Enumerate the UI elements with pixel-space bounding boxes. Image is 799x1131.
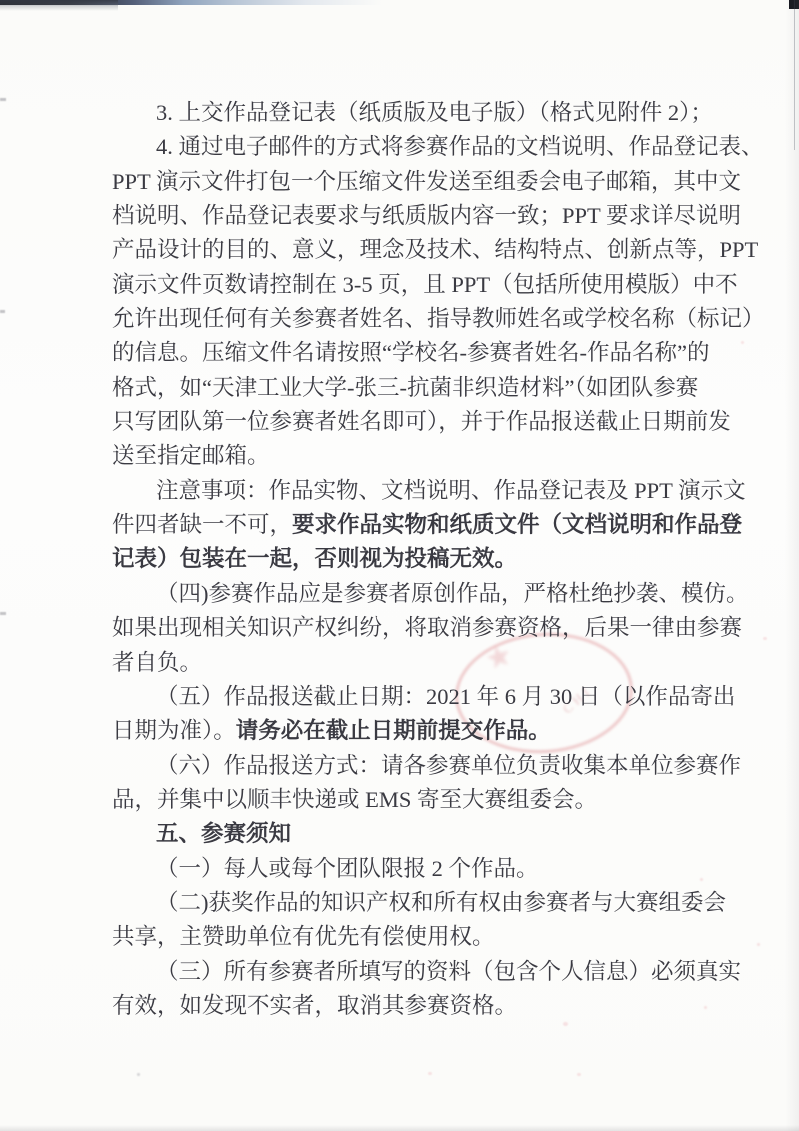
text-segment: 注意事项：作品实物、文档说明、作品登记表及 PPT 演示文 [156, 478, 746, 503]
document-line: 的信息。压缩文件名请按照“学校名-参赛者姓名-作品名称”的 [112, 336, 692, 370]
scan-mark [0, 98, 6, 101]
scanner-edge-artifact-top-left [0, 0, 118, 11]
text-segment: 件四者缺一不可， [112, 512, 292, 537]
document-line: 产品设计的目的、意义，理念及技术、结构特点、创新点等，PPT [112, 233, 692, 267]
document-line: （三）所有参赛者所填写的资料（包含个人信息）必须真实 [112, 955, 692, 989]
text-segment: 3. 上交作品登记表（纸质版及电子版）（格式见附件 2）； [156, 100, 713, 125]
text-segment: 格式，如“天津工业大学-张三-抗菌非织造材料”（如团队参赛 [112, 375, 698, 400]
document-line: 品，并集中以顺丰快递或 EMS 寄至大赛组委会。 [112, 783, 692, 817]
document-line: 注意事项：作品实物、文档说明、作品登记表及 PPT 演示文 [112, 474, 692, 508]
document-line: 记表）包装在一起，否则视为投稿无效。 [112, 542, 692, 576]
document-line: （五）作品报送截止日期：2021 年 6 月 30 日（以作品寄出 [112, 680, 692, 714]
document-line: （四)参赛作品应是参赛者原创作品，严格杜绝抄袭、模仿。 [112, 577, 692, 611]
page-edge-shadow-right [785, 0, 799, 1131]
document-line: 3. 上交作品登记表（纸质版及电子版）（格式见附件 2）； [112, 96, 692, 130]
text-segment: 允许出现任何有关参赛者姓名、指导教师姓名或学校名称（标记） [112, 306, 765, 331]
document-line: （二)获奖作品的知识产权和所有权由参赛者与大赛组委会 [112, 886, 692, 920]
document-line: 只写团队第一位参赛者姓名即可），并于作品报送截止日期前发 [112, 405, 692, 439]
scan-speck [137, 1073, 140, 1076]
scan-mark [0, 310, 5, 313]
document-line: 送至指定邮箱。 [112, 439, 692, 473]
text-segment: 要求作品实物和纸质文件（文档说明和作品登 [292, 512, 742, 537]
text-segment: （四)参赛作品应是参赛者原创作品，严格杜绝抄袭、模仿。 [156, 581, 749, 606]
text-segment: 档说明、作品登记表要求与纸质版内容一致；PPT 要求详尽说明 [112, 203, 741, 228]
text-segment: （二)获奖作品的知识产权和所有权由参赛者与大赛组委会 [156, 890, 726, 915]
text-segment: 产品设计的目的、意义，理念及技术、结构特点、创新点等，PPT [112, 237, 758, 262]
document-line: 共享，主赞助单位有优先有偿使用权。 [112, 920, 692, 954]
text-segment: 记表）包装在一起，否则视为投稿无效。 [112, 546, 517, 571]
page-edge-line-right [794, 0, 795, 150]
text-segment: 请务必在截止日期前提交作品。 [236, 718, 551, 743]
scan-speck [700, 878, 703, 881]
document-line: 4. 通过电子邮件的方式将参赛作品的文档说明、作品登记表、 [112, 130, 692, 164]
text-segment: 者自负。 [112, 650, 202, 675]
text-segment: （一）每人或每个团队限报 2 个作品。 [156, 856, 539, 881]
text-segment: 共享，主赞助单位有优先有偿使用权。 [112, 924, 495, 949]
scan-speck [577, 1073, 581, 1076]
scan-speck [741, 341, 744, 344]
text-segment: 只写团队第一位参赛者姓名即可），并于作品报送截止日期前发 [112, 409, 731, 434]
text-segment: （五）作品报送截止日期：2021 年 6 月 30 日（以作品寄出 [156, 684, 735, 709]
document-line: 演示文件页数请控制在 3-5 页，且 PPT（包括所使用模版）中不 [112, 268, 692, 302]
scan-mark [0, 612, 6, 615]
text-segment: 品，并集中以顺丰快递或 EMS 寄至大赛组委会。 [112, 787, 597, 812]
document-line: PPT 演示文件打包一个压缩文件发送至组委会电子邮箱，其中文 [112, 165, 692, 199]
text-segment: 演示文件页数请控制在 3-5 页，且 PPT（包括所使用模版）中不 [112, 272, 738, 297]
text-segment: 如果出现相关知识产权纠纷，将取消参赛资格，后果一律由参赛 [112, 615, 742, 640]
document-line: （六）作品报送方式：请各参赛单位负责收集本单位参赛作 [112, 749, 692, 783]
text-segment: PPT 演示文件打包一个压缩文件发送至组委会电子邮箱，其中文 [112, 169, 741, 194]
document-line: 档说明、作品登记表要求与纸质版内容一致；PPT 要求详尽说明 [112, 199, 692, 233]
document-line: 有效，如发现不实者，取消其参赛资格。 [112, 989, 692, 1023]
text-segment: 送至指定邮箱。 [112, 443, 270, 468]
text-segment: 的信息。压缩文件名请按照“学校名-参赛者姓名-作品名称”的 [112, 340, 709, 365]
text-segment: 4. 通过电子邮件的方式将参赛作品的文档说明、作品登记表、 [156, 134, 764, 159]
scan-speck [763, 637, 767, 640]
document-line: （一）每人或每个团队限报 2 个作品。 [112, 852, 692, 886]
scan-speck [757, 943, 760, 946]
page-edge-shadow-bottom [0, 1125, 799, 1131]
text-segment: 五、参赛须知 [156, 821, 291, 846]
document-line: 者自负。 [112, 646, 692, 680]
document-line: 允许出现任何有关参赛者姓名、指导教师姓名或学校名称（标记） [112, 302, 692, 336]
document-line: 日期为准）。请务必在截止日期前提交作品。 [112, 714, 692, 748]
text-segment: （三）所有参赛者所填写的资料（包含个人信息）必须真实 [156, 959, 741, 984]
document-line: 五、参赛须知 [112, 817, 692, 851]
scan-speck [428, 1072, 432, 1075]
scanned-page: ★ CHI 3. 上交作品登记表（纸质版及电子版）（格式见附件 2）；4. 通过… [0, 0, 799, 1131]
document-line: 如果出现相关知识产权纠纷，将取消参赛资格，后果一律由参赛 [112, 611, 692, 645]
text-segment: 日期为准）。 [112, 718, 236, 743]
text-segment: （六）作品报送方式：请各参赛单位负责收集本单位参赛作 [156, 753, 741, 778]
document-line: 格式，如“天津工业大学-张三-抗菌非织造材料”（如团队参赛 [112, 371, 692, 405]
document-text-block: 3. 上交作品登记表（纸质版及电子版）（格式见附件 2）；4. 通过电子邮件的方… [112, 96, 692, 1023]
text-segment: 有效，如发现不实者，取消其参赛资格。 [112, 993, 517, 1018]
scan-speck [704, 1006, 707, 1009]
document-line: 件四者缺一不可，要求作品实物和纸质文件（文档说明和作品登 [112, 508, 692, 542]
